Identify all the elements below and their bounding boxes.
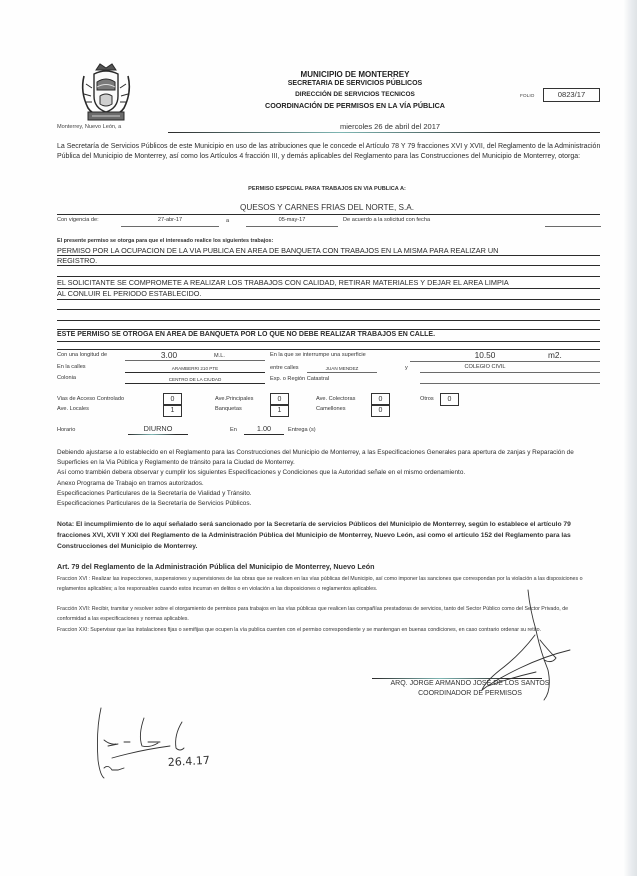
permit-document: Monterrey, Nuevo León, a MUNICIPIO DE MO… (0, 0, 637, 876)
svg-text:26.4.17: 26.4.17 (167, 754, 210, 769)
handwritten-signatures: 26.4.17 (0, 0, 637, 876)
